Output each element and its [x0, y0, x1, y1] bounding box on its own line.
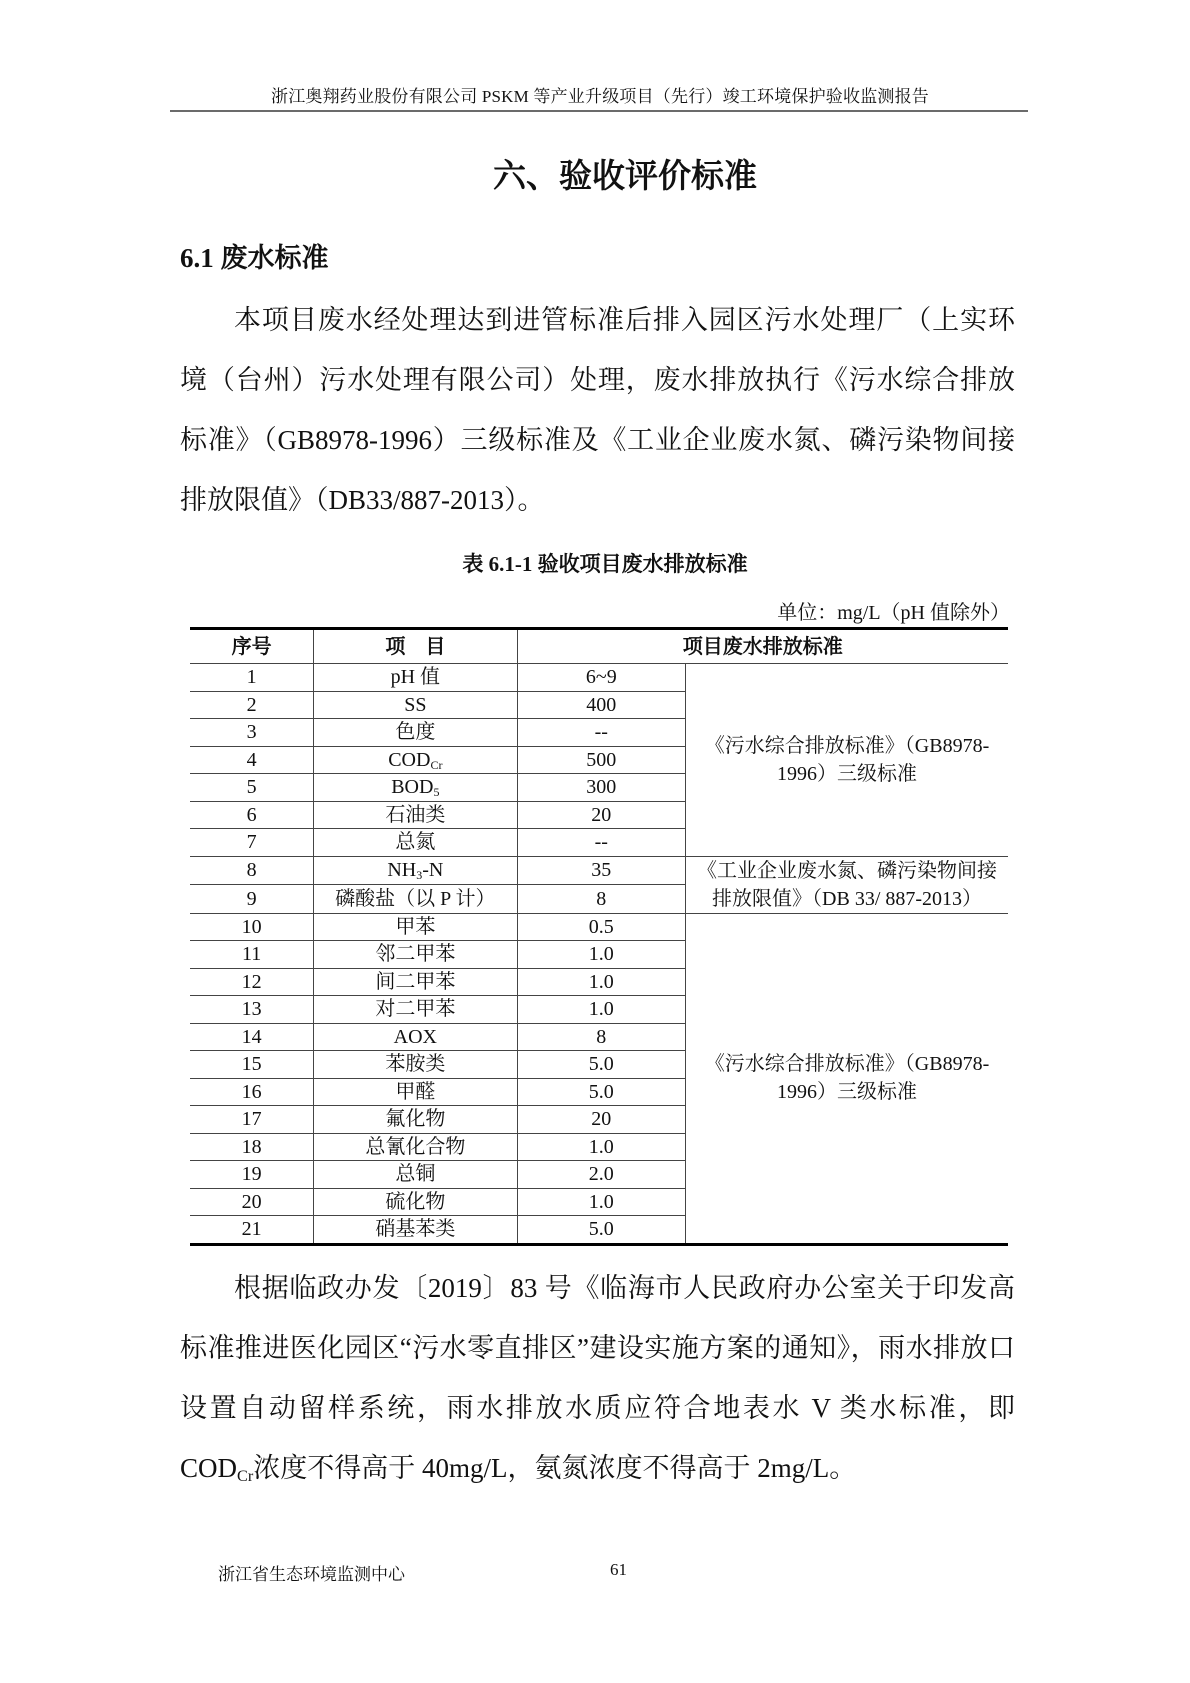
cell-limit-value: 0.5	[517, 913, 686, 941]
cell-standard-reference: 《污水综合排放标准》（GB8978-1996）三级标准	[686, 913, 1008, 1244]
cell-item: 邻二甲苯	[314, 941, 517, 969]
cell-limit-value: 5.0	[517, 1051, 686, 1079]
cell-no: 18	[190, 1133, 314, 1161]
item-name: 硝基苯类	[375, 1218, 455, 1240]
item-subscript: Cr	[430, 758, 442, 772]
cell-no: 2	[190, 691, 314, 719]
cell-item: pH 值	[314, 664, 517, 692]
header-item: 项 目	[314, 629, 517, 664]
cell-item: BOD5	[314, 774, 517, 802]
cell-limit-value: 1.0	[517, 1188, 686, 1216]
rainwater-text-part1: 根据临政办发〔2019〕83 号《临海市人民政府办公室关于印发高标准推进医化园区…	[180, 1273, 1015, 1483]
table-body: 1pH 值6~9《污水综合排放标准》（GB8978-1996）三级标准2SS40…	[190, 664, 1008, 1245]
item-name: BOD	[391, 776, 433, 798]
table-header-row: 序号 项 目 项目废水排放标准	[190, 629, 1008, 664]
header-no: 序号	[190, 629, 314, 664]
item-name: 间二甲苯	[375, 971, 455, 993]
cell-limit-value: 8	[517, 885, 686, 914]
cell-limit-value: 1.0	[517, 1133, 686, 1161]
item-name: 硫化物	[385, 1191, 445, 1213]
rainwater-paragraph: 根据临政办发〔2019〕83 号《临海市人民政府办公室关于印发高标准推进医化园区…	[180, 1258, 1015, 1498]
item-name: 对二甲苯	[375, 998, 455, 1020]
item-name: 氟化物	[385, 1108, 445, 1130]
cell-item: 苯胺类	[314, 1051, 517, 1079]
cell-standard-reference: 《污水综合排放标准》（GB8978-1996）三级标准	[686, 664, 1008, 857]
item-name: 苯胺类	[385, 1053, 445, 1075]
cell-item: 对二甲苯	[314, 996, 517, 1024]
cell-limit-value: 2.0	[517, 1161, 686, 1189]
table-unit-note: 单位：mg/L（pH 值除外）	[777, 596, 1010, 625]
cell-no: 20	[190, 1188, 314, 1216]
cell-limit-value: 400	[517, 691, 686, 719]
cell-limit-value: 500	[517, 746, 686, 774]
cell-limit-value: --	[517, 719, 686, 747]
cell-limit-value: 20	[517, 801, 686, 829]
cell-no: 21	[190, 1216, 314, 1245]
cell-item: 总氮	[314, 829, 517, 857]
cell-item: 硝基苯类	[314, 1216, 517, 1245]
cell-limit-value: 1.0	[517, 941, 686, 969]
cell-no: 5	[190, 774, 314, 802]
header-standard: 项目废水排放标准	[517, 629, 1008, 664]
page-header-title: 浙江奥翔药业股份有限公司 PSKM 等产业升级项目（先行）竣工环境保护验收监测报…	[170, 82, 1030, 107]
cell-item: 总氰化合物	[314, 1133, 517, 1161]
cell-limit-value: 1.0	[517, 968, 686, 996]
item-tail: -N	[422, 859, 443, 881]
cell-item: AOX	[314, 1023, 517, 1051]
cell-no: 10	[190, 913, 314, 941]
footer-organization: 浙江省生态环境监测中心	[218, 1560, 405, 1585]
cell-item: 硫化物	[314, 1188, 517, 1216]
item-name: 总铜	[395, 1163, 435, 1185]
cell-limit-value: 20	[517, 1106, 686, 1134]
cell-no: 7	[190, 829, 314, 857]
cell-no: 17	[190, 1106, 314, 1134]
item-name: 石油类	[385, 804, 445, 826]
section-title: 6.1 废水标准	[180, 236, 329, 275]
cell-limit-value: --	[517, 829, 686, 857]
item-name: 总氰化合物	[365, 1136, 465, 1158]
item-name: SS	[404, 694, 426, 716]
table-row: 1pH 值6~9《污水综合排放标准》（GB8978-1996）三级标准	[190, 664, 1008, 692]
cell-limit-value: 35	[517, 856, 686, 885]
item-name: 总氮	[395, 831, 435, 853]
cell-no: 11	[190, 941, 314, 969]
cell-no: 16	[190, 1078, 314, 1106]
cell-item: 磷酸盐（以 P 计）	[314, 885, 517, 914]
cell-no: 1	[190, 664, 314, 692]
cell-limit-value: 300	[517, 774, 686, 802]
header-rule	[170, 110, 1028, 112]
item-name: COD	[388, 749, 430, 771]
cell-no: 6	[190, 801, 314, 829]
table-row: 10甲苯0.5《污水综合排放标准》（GB8978-1996）三级标准	[190, 913, 1008, 941]
table-caption: 表 6.1-1 验收项目废水排放标准	[0, 548, 1190, 578]
item-name: 磷酸盐（以 P 计）	[335, 888, 495, 910]
item-name: 邻二甲苯	[375, 943, 455, 965]
cell-limit-value: 8	[517, 1023, 686, 1051]
rainwater-text-sub: Cr	[237, 1467, 253, 1485]
rainwater-text-part2: 浓度不得高于 40mg/L，氨氮浓度不得高于 2mg/L。	[253, 1453, 856, 1483]
item-name: AOX	[394, 1026, 437, 1048]
cell-item: 总铜	[314, 1161, 517, 1189]
item-subscript: 5	[433, 785, 439, 799]
wastewater-standards-table: 序号 项 目 项目废水排放标准 1pH 值6~9《污水综合排放标准》（GB897…	[190, 627, 1008, 1246]
cell-no: 9	[190, 885, 314, 914]
section-paragraph: 本项目废水经处理达到进管标准后排入园区污水处理厂（上实环境（台州）污水处理有限公…	[180, 290, 1015, 530]
cell-limit-value: 6~9	[517, 664, 686, 692]
cell-item: 甲醛	[314, 1078, 517, 1106]
cell-item: 色度	[314, 719, 517, 747]
item-name: NH	[387, 859, 416, 881]
cell-standard-reference: 《工业企业废水氮、磷污染物间接排放限值》（DB 33/ 887-2013）	[686, 856, 1008, 913]
cell-no: 19	[190, 1161, 314, 1189]
cell-item: SS	[314, 691, 517, 719]
cell-item: CODCr	[314, 746, 517, 774]
footer-page-number: 61	[610, 1560, 627, 1580]
item-name: 甲苯	[395, 916, 435, 938]
cell-no: 12	[190, 968, 314, 996]
item-name: 色度	[395, 721, 435, 743]
cell-limit-value: 1.0	[517, 996, 686, 1024]
cell-no: 13	[190, 996, 314, 1024]
chapter-title: 六、验收评价标准	[0, 150, 1190, 197]
cell-no: 4	[190, 746, 314, 774]
cell-no: 8	[190, 856, 314, 885]
cell-limit-value: 5.0	[517, 1078, 686, 1106]
cell-no: 15	[190, 1051, 314, 1079]
table-row: 8NH3-N35《工业企业废水氮、磷污染物间接排放限值》（DB 33/ 887-…	[190, 856, 1008, 885]
cell-item: 甲苯	[314, 913, 517, 941]
cell-no: 14	[190, 1023, 314, 1051]
item-name: 甲醛	[395, 1081, 435, 1103]
cell-item: 石油类	[314, 801, 517, 829]
cell-item: 氟化物	[314, 1106, 517, 1134]
item-name: pH 值	[391, 666, 440, 688]
cell-item: 间二甲苯	[314, 968, 517, 996]
cell-item: NH3-N	[314, 856, 517, 885]
cell-no: 3	[190, 719, 314, 747]
cell-limit-value: 5.0	[517, 1216, 686, 1245]
